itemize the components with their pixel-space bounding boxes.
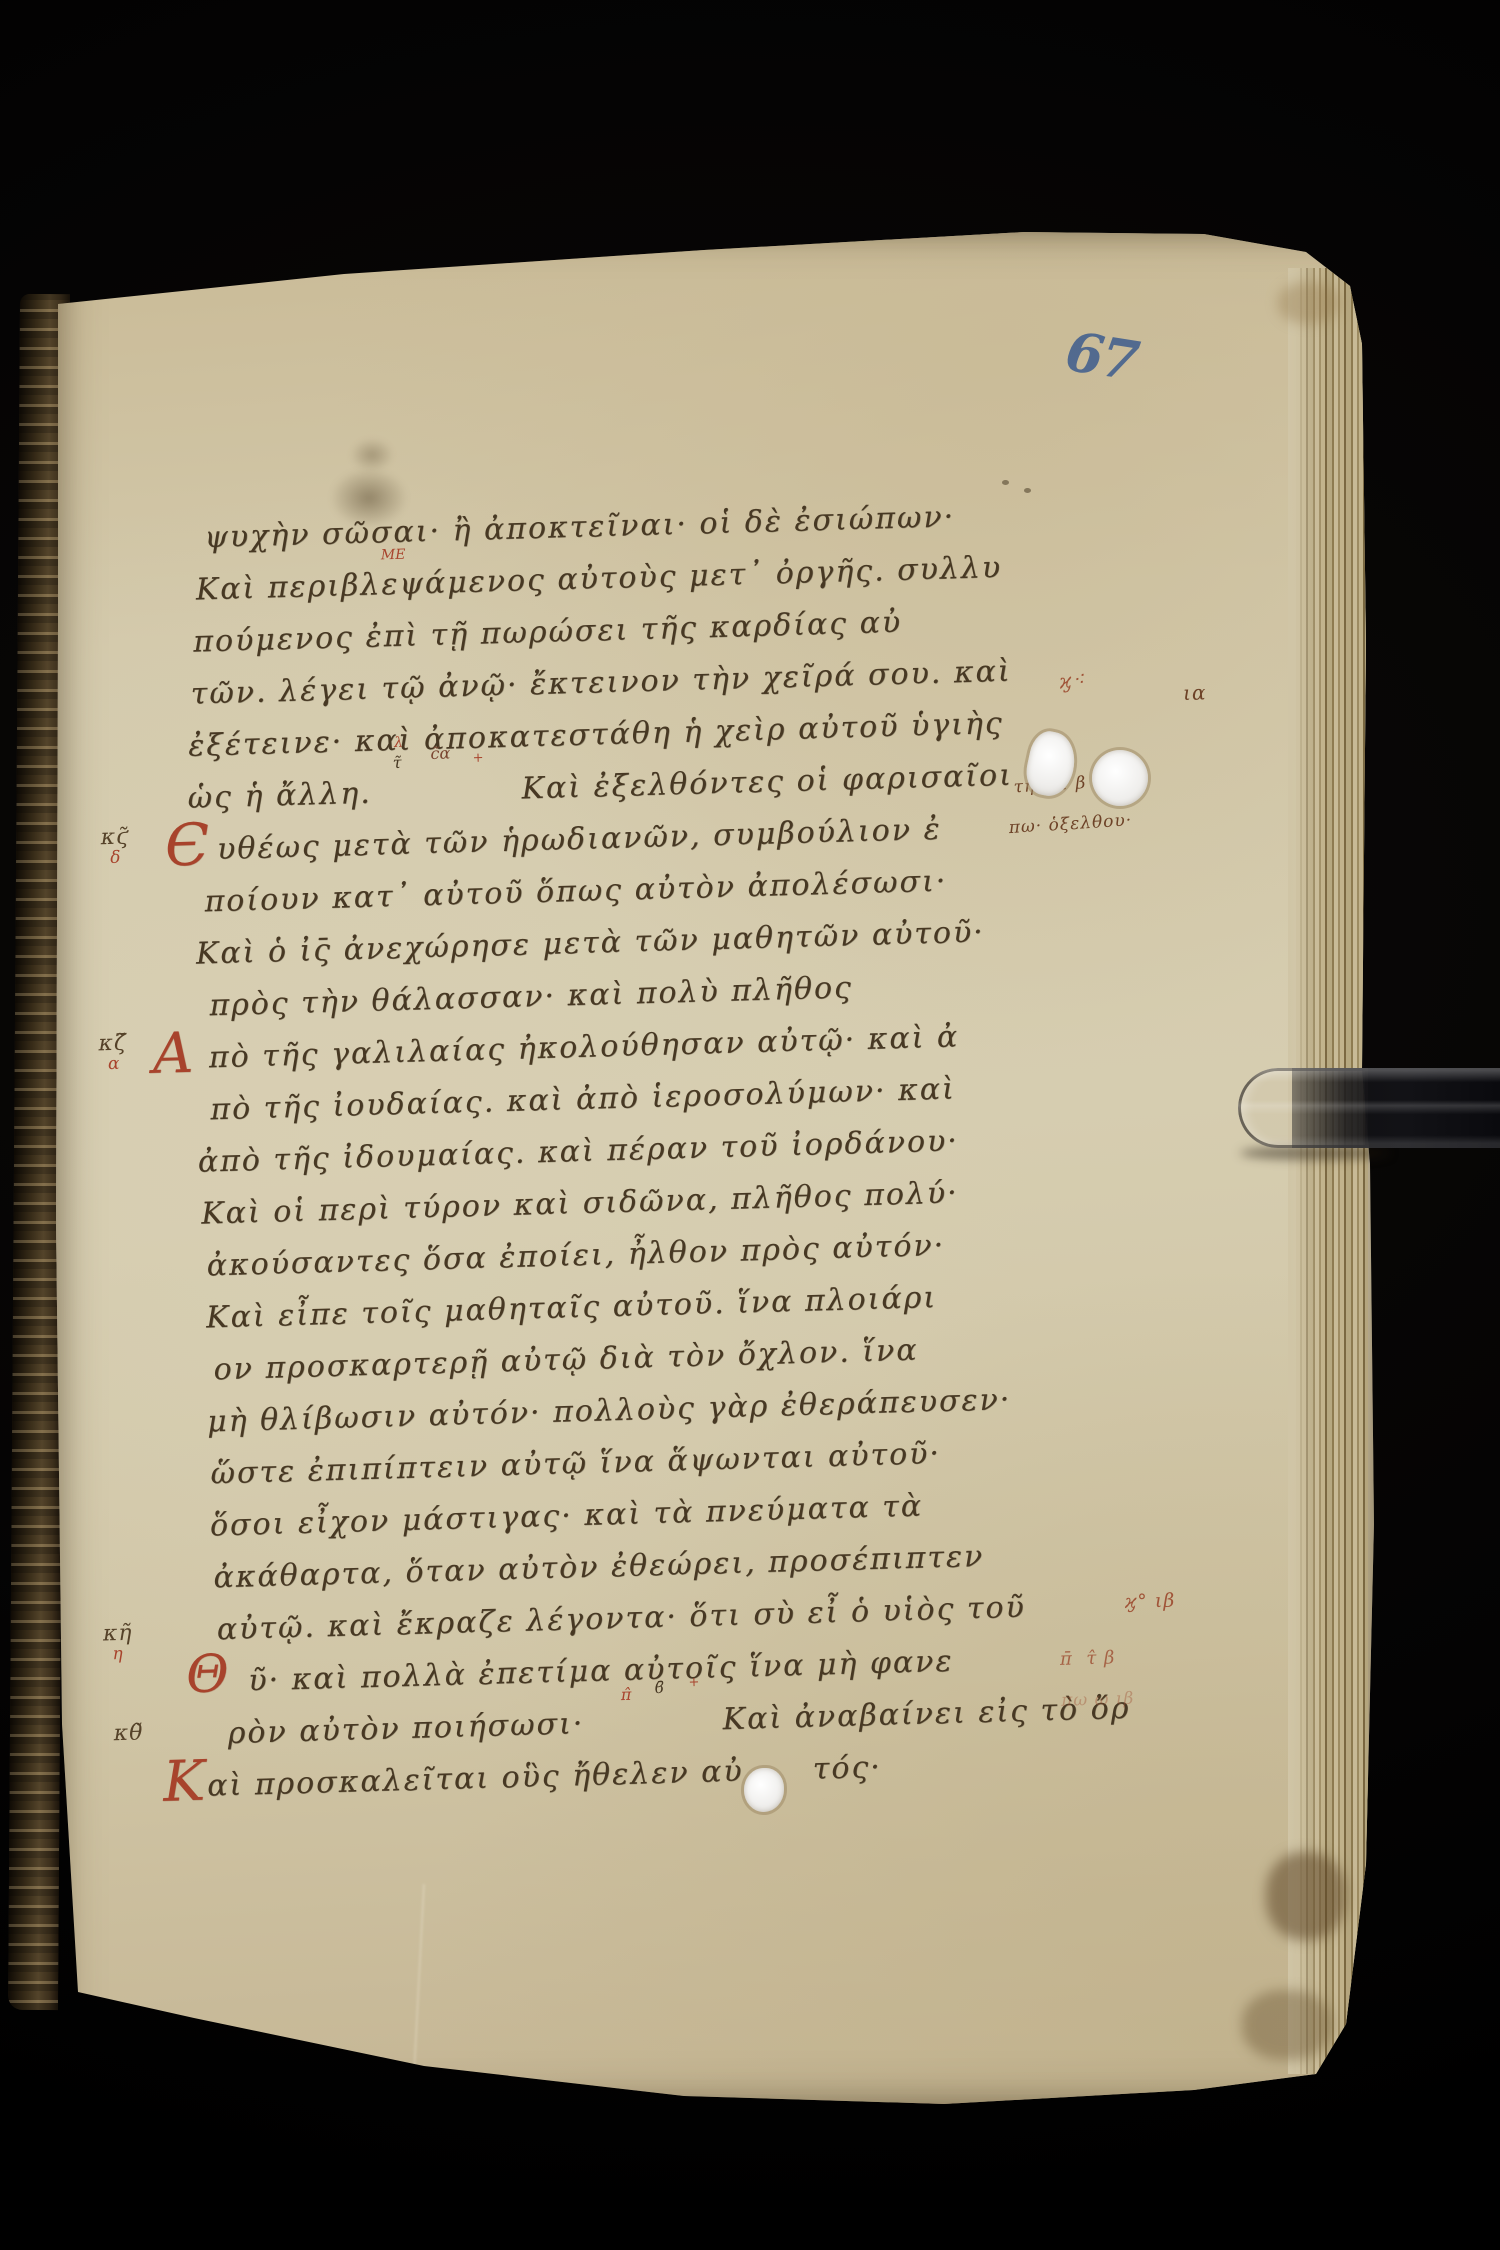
margin-gloss: πω ω ιβ: [1061, 1689, 1135, 1711]
text-line: Καὶ ὁ ἰς̄ ἀνεχώρησε μετὰ τῶν μαθητῶν αὐτ…: [196, 915, 986, 972]
margin-gloss: ϗ⁖: [1057, 666, 1086, 693]
lection-mark: ϐ̄: [654, 1678, 664, 1697]
lection-mark: ϲ̃α: [430, 743, 450, 763]
interlinear-correction: ΜΕ: [381, 547, 406, 564]
text-line: ἐξέτεινε· καὶ ἀποκατεστάθη ἡ χεὶρ αὐτοῦ …: [188, 706, 1004, 764]
rubric-initial-kappa: Κ: [162, 1749, 206, 1815]
margin-section-number: κϛ̃ δ: [100, 824, 130, 868]
text-line: μὴ θλίβωσιν αὐτόν· πολλοὺς γὰρ ἐθεράπευσ…: [207, 1382, 1012, 1439]
lection-mark: π̂: [621, 1685, 632, 1704]
text-line: πούμενος ἐπὶ τῇ πωρώσει τῆς καρδίας αὐ: [193, 605, 903, 660]
lection-mark: τ̃: [392, 753, 401, 772]
lection-mark: +: [688, 1675, 699, 1690]
text-line: ἀπὸ τῆς ἰδουμαίας. καὶ πέραν τοῦ ἰορδάνο…: [197, 1123, 959, 1179]
text-line: ρὸν αὐτὸν ποιήσωσι· Καὶ ἀναβαίνει εἰς τὸ…: [227, 1691, 1131, 1751]
text-line: ἀκάθαρτα, ὅταν αὐτὸν ἐθεώρει, προσέπιπτε…: [213, 1539, 985, 1596]
rod-shadow: [1240, 1146, 1390, 1160]
section-number: κη̃: [103, 1621, 133, 1647]
manuscript-photo: 67 ψυχὴν σῶσαι· ἢ ἀποκτεῖναι· οἱ δὲ ἐσιώ…: [0, 0, 1500, 2250]
text-line: ἀκούσαντες ὅσα ἐποίει, ἦλθον πρὸς αὐτόν·: [206, 1228, 945, 1284]
margin-gloss: ια: [1183, 680, 1207, 705]
rod-highlight: [1238, 1068, 1500, 1148]
canon-number: δ: [110, 847, 130, 868]
margin-gloss: π̄ τ̂ β: [1060, 1647, 1116, 1670]
text-line: Καὶ οἱ περὶ τύρον καὶ σιδῶνα, πλῆθος πολ…: [201, 1175, 959, 1231]
text-line: αὐτῷ. καὶ ἔκραζε λέγοντα· ὅτι σὺ εἶ ὁ υἱ…: [216, 1590, 1026, 1648]
lection-mark: λ: [394, 735, 403, 751]
section-number: κθ̃: [113, 1720, 143, 1746]
rubric-initial-alpha: Α: [152, 1021, 194, 1087]
text-line: ον προσκαρτερῇ αὐτῷ διὰ τὸν ὄχλον. ἵνα: [213, 1333, 919, 1388]
text-line: υθέως μετὰ τῶν ἡρωδιανῶν, συμβούλιον ἐ: [217, 812, 942, 867]
text-line: Καὶ περιβλεψάμενος αὐτοὺς μετ᾽ ὀργῆς. συ…: [195, 550, 1002, 608]
parchment-hole: [1092, 750, 1148, 806]
parchment-page: 67 ψυχὴν σῶσαι· ἢ ἀποκτεῖναι· οἱ δὲ ἐσιώ…: [44, 224, 1378, 2114]
glass-page-weight: [1238, 1068, 1500, 1148]
canon-number: α: [108, 1054, 128, 1075]
text-line: ὡς ἡ ἄλλη. Καὶ ἐξελθόντες οἱ φαρισαῖοι: [187, 758, 1013, 816]
margin-section-number: κθ̃: [113, 1720, 143, 1744]
text-line: πὸ τῆς γαλιλαίας ἠκολούθησαν αὐτῷ· καὶ ἀ: [208, 1019, 959, 1075]
text-line: ψυχὴν σῶσαι· ἢ ἀποκτεῖναι· οἱ δὲ ἐσιώπων…: [204, 499, 956, 555]
rubric-initial-epsilon: Є: [164, 810, 210, 879]
section-number: κζ̃: [98, 1031, 127, 1057]
text-block: ψυχὴν σῶσαι· ἢ ἀποκτεῖναι· οἱ δὲ ἐσιώπων…: [36, 192, 1422, 2119]
parchment-hole: [744, 1768, 784, 1812]
margin-gloss: ϗ° ιβ: [1124, 1590, 1175, 1613]
margin-section-number: κζ̃ α: [98, 1031, 128, 1075]
text-line: ὥστε ἐπιπίπτειν αὐτῷ ἵνα ἅψωνται αὐτοῦ·: [210, 1436, 941, 1491]
section-number: κϛ̃: [100, 824, 129, 850]
lection-mark: +: [472, 751, 483, 766]
text-line: πρὸς τὴν θάλασσαν· καὶ πολὺ πλῆθος: [209, 970, 853, 1023]
text-line: πὸ τῆς ἰουδαίας. καὶ ἀπὸ ἱεροσολύμων· κα…: [210, 1072, 956, 1128]
margin-gloss: πω· ὁξελθου·: [1008, 810, 1133, 838]
text-line: τῶν. λέγει τῷ ἀνῷ· ἔκτεινον τὴν χεῖρά σο…: [190, 654, 1012, 712]
text-line: ποίουν κατ᾽ αὐτοῦ ὅπως αὐτὸν ἀπολέσωσι·: [204, 864, 948, 920]
margin-section-number: κη̃ η: [103, 1621, 134, 1665]
canon-number: η: [112, 1644, 133, 1665]
text-line: ὅσοι εἶχον μάστιγας· καὶ τὰ πνεύματα τὰ: [209, 1489, 923, 1544]
text-line: ῦ· καὶ πολλὰ ἐπετίμα αὐτοῖς ἵνα μὴ φανε: [248, 1644, 954, 1699]
text-line: Καὶ εἶπε τοῖς μαθηταῖς αὐτοῦ. ἵνα πλοιάρ…: [206, 1280, 938, 1335]
rubric-initial-theta: Θ: [185, 1644, 229, 1705]
